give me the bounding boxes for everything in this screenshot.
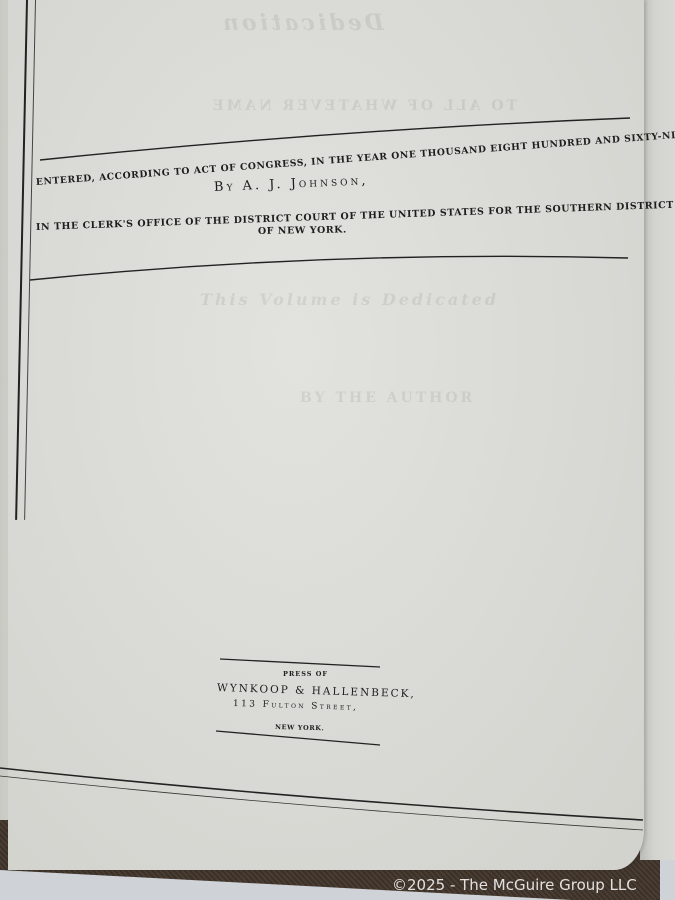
copyright-district: of New York. xyxy=(258,224,347,237)
printed-rules xyxy=(0,0,675,900)
photo-watermark: ©2025 - The McGuire Group LLC xyxy=(392,876,637,894)
imprint-city: New York. xyxy=(275,723,325,732)
imprint-label: Press of xyxy=(283,670,328,678)
